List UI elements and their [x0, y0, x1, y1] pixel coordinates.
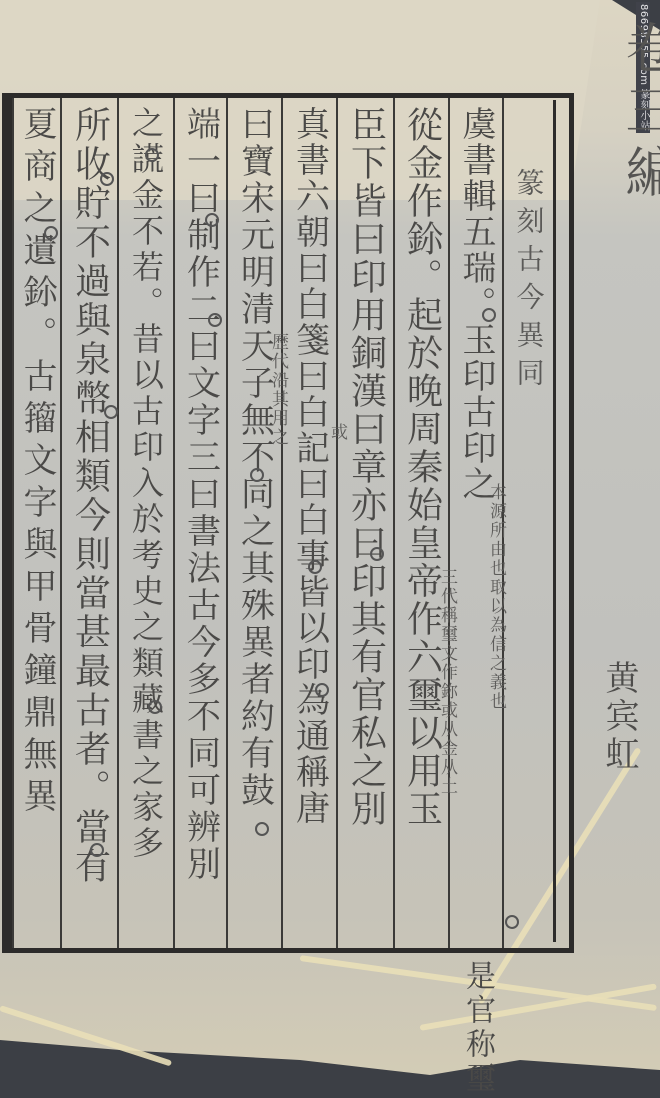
- punctuation-circle: [100, 172, 114, 186]
- column-text: 虞書輯五瑞。玉印古印之: [459, 106, 493, 502]
- punctuation-circle: [370, 547, 384, 561]
- column-text: 之謊金不若。昔以古印入於考史之類藏書之家多: [130, 106, 162, 862]
- punctuation-circle: [44, 226, 58, 240]
- manuscript-column: 之謊金不若。昔以古印入於考史之類藏書之家多: [117, 98, 173, 948]
- punctuation-circle: [104, 405, 118, 419]
- manuscript-column: 從金作鉩。起於晚周秦始皇帝作六璽以用玉 三代稱璽文作鉨或从金从土: [393, 98, 448, 948]
- text-below-frame: 是官称璽: [455, 960, 499, 1096]
- grid-frame-inner-line: [553, 100, 556, 942]
- punctuation-circle: [208, 313, 222, 327]
- column-text: 夏商之遺鉩。古籀文字與甲骨鐘鼎無異: [20, 106, 54, 820]
- punctuation-circle: [482, 308, 496, 322]
- column-annotation: 本源所由也取以為信之義也: [484, 483, 509, 711]
- column-annotation: 或: [325, 423, 350, 442]
- punctuation-circle: [250, 468, 264, 482]
- manuscript-column: 虞書輯五瑞。玉印古印之 本源所由也取以為信之義也: [448, 98, 502, 948]
- column-text: 所收貯不過與泉幣相類今則當甚最古者。當有: [72, 106, 108, 886]
- manuscript-column: 篆刻古今異同: [502, 98, 553, 948]
- punctuation-circle: [315, 683, 329, 697]
- column-text: 真書六朝曰白箋曰白記曰白事皆以印為通稱唐: [293, 106, 327, 826]
- manuscript-column: 臣下皆曰印用銅漢曰章亦曰印其有官私之別: [336, 98, 393, 948]
- manuscript-column: 端一曰制作二曰文字三曰書法古今多不同可辨別: [173, 98, 226, 948]
- column-annotation: 三代稱璽文作鉨或从金从土: [435, 568, 460, 796]
- punctuation-circle: [205, 213, 219, 227]
- column-text: 曰寶宋元明清天子無不同之其殊異者約有鼓: [238, 106, 272, 809]
- punctuation-circle: [308, 560, 322, 574]
- punctuation-circle: [148, 700, 162, 714]
- punctuation-circle: [90, 843, 104, 857]
- column-text: 篆刻古今異同: [515, 168, 543, 396]
- side-title: 卷三編: [610, 20, 660, 206]
- manuscript-column: 所收貯不過與泉幣相類今則當甚最古者。當有: [60, 98, 117, 948]
- author-signature: 黄宾虹: [595, 660, 644, 774]
- punctuation-circle: [505, 915, 519, 929]
- punctuation-circle: [255, 822, 269, 836]
- manuscript-column: 曰寶宋元明清天子無不同之其殊異者約有鼓 歷代沿其用之: [226, 98, 281, 948]
- column-annotation: 歷代沿其用之: [266, 333, 291, 447]
- column-text: 臣下皆曰印用銅漢曰章亦曰印其有官私之別: [348, 106, 384, 828]
- punctuation-circle: [145, 148, 159, 162]
- manuscript-column: 真書六朝曰白箋曰白記曰白事皆以印為通稱唐 或: [281, 98, 336, 948]
